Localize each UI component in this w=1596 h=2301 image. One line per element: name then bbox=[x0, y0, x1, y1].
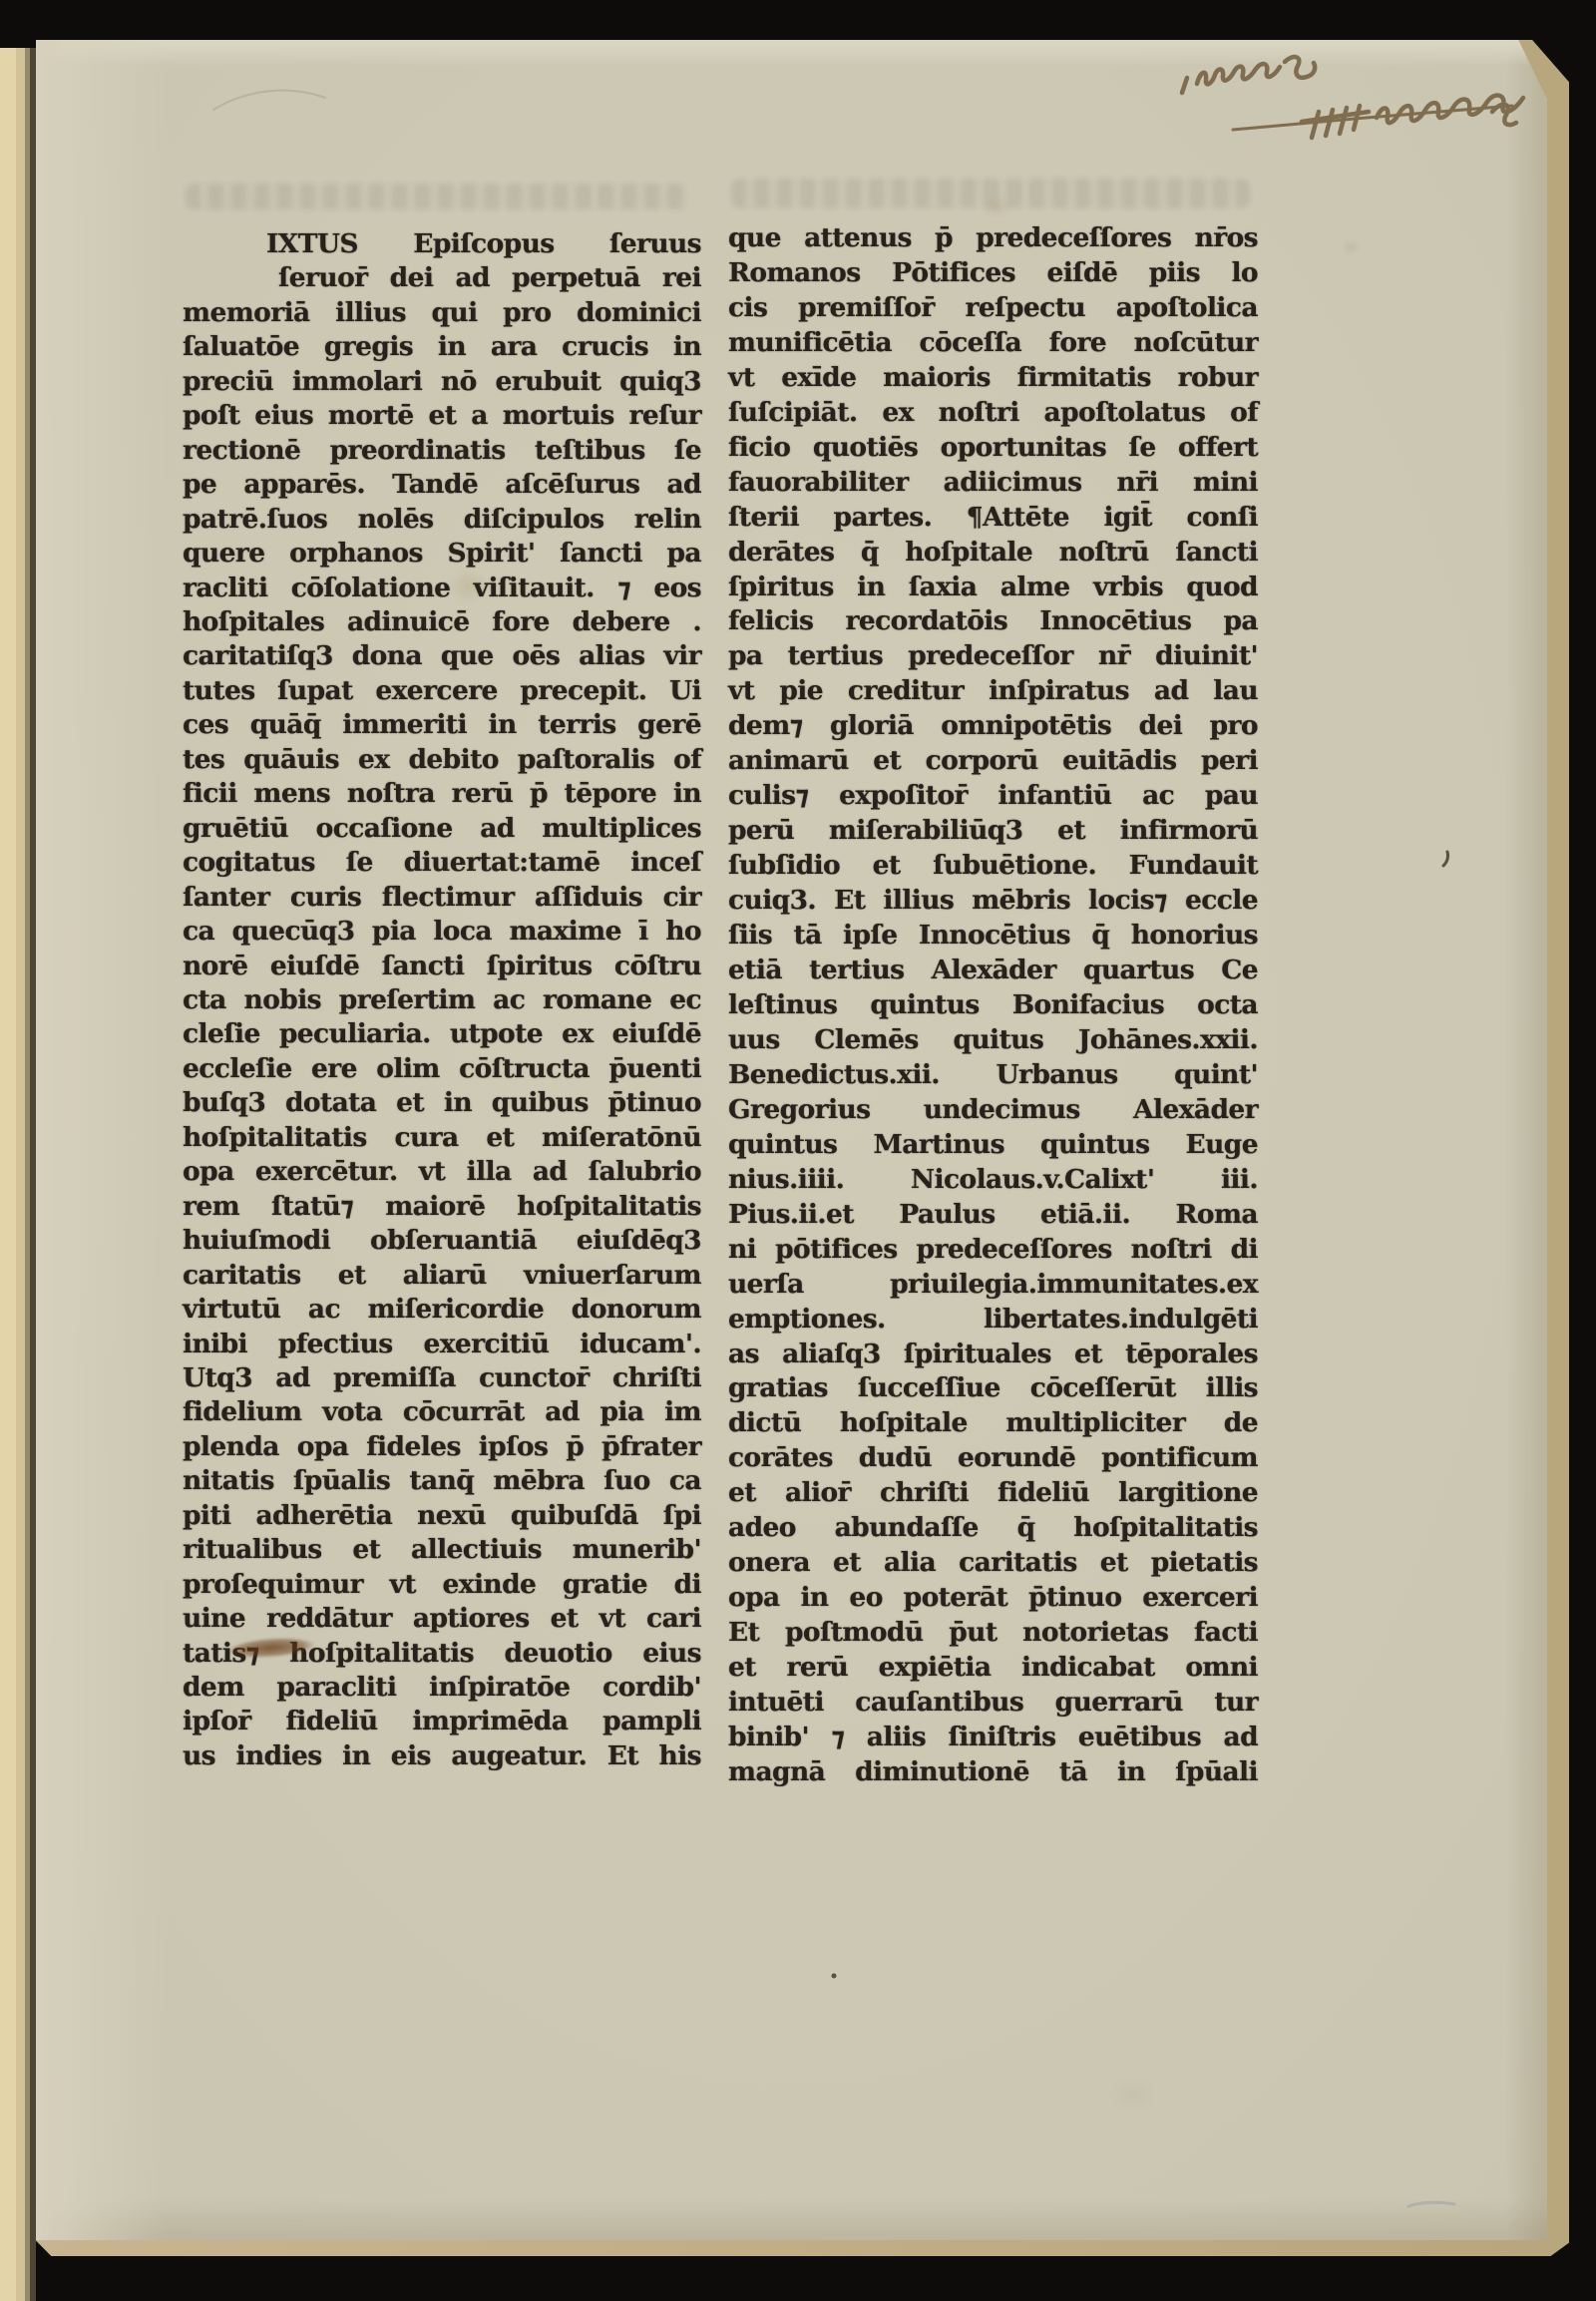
text-line: dem paracliti inſpiratōe cordib' bbox=[183, 1671, 701, 1705]
text-line: Pius.ii.et Paulus etiā.ii. Roma bbox=[728, 1198, 1258, 1233]
text-line: corātes dudū eorundē pontificum bbox=[728, 1441, 1258, 1476]
text-line: us indies in eis augeatur. Et his bbox=[183, 1739, 701, 1773]
text-line: et rerū expiētia indicabat omni bbox=[728, 1651, 1258, 1686]
scan-background: IXTUS Epiſcopus ſeruusſeruor̄ dei ad per… bbox=[0, 0, 1596, 2301]
text-line: leſtinus quintus Bonifacius octa bbox=[728, 988, 1258, 1023]
text-line: memoriā illius qui pro dominici bbox=[183, 296, 701, 330]
text-line: cis premiſſor̄ reſpectu apoſtolica bbox=[728, 291, 1258, 326]
text-line: derātes q̄ hoſpitale noſtrū ſancti bbox=[728, 536, 1258, 571]
text-line: norē eiuſdē ſancti ſpiritus cōſtru bbox=[183, 950, 701, 983]
text-line: ces quāq̄ immeriti in terris gerē bbox=[183, 708, 701, 742]
text-line: preciū immolari nō erubuit quiq3 bbox=[183, 365, 701, 399]
text-column-left: IXTUS Epiſcopus ſeruusſeruor̄ dei ad per… bbox=[183, 227, 701, 1773]
text-line: Gregorius undecimus Alexāder bbox=[728, 1093, 1258, 1128]
text-line: opa in eo poterāt p̄tinuo exerceri bbox=[728, 1581, 1258, 1616]
text-line: ſterii partes. ¶Attēte igit̄ conſi bbox=[728, 501, 1258, 536]
text-line: virtutū ac miſericordie donorum bbox=[183, 1293, 701, 1327]
text-line: hoſpitales adinuicē fore debere . bbox=[183, 605, 701, 639]
text-line: Et poſtmodū p̄ut notorietas facti bbox=[728, 1616, 1258, 1651]
text-line: Utq3 ad premiſſa cunctor̄ chriſti bbox=[183, 1361, 701, 1395]
text-line: dictū hoſpitale multipliciter de bbox=[728, 1406, 1258, 1441]
text-line: piti adherētia nexū quibuſdā ſpi bbox=[183, 1499, 701, 1533]
text-line: magnā diminutionē tā in ſpūali bbox=[728, 1755, 1258, 1790]
text-line: cta nobis preſertim ac romane ec bbox=[183, 983, 701, 1017]
text-line: gruētiū occaſione ad multiplices bbox=[183, 812, 701, 846]
text-line: uus Clemēs quitus Johānes.xxii. bbox=[728, 1023, 1258, 1058]
text-line: caritatis et aliarū vniuerſarum bbox=[183, 1259, 701, 1293]
text-line: munificētia cōceſſa fore noſcūtur bbox=[728, 326, 1258, 361]
text-line: cuiq3. Et illius mēbris locis⁊ eccle bbox=[728, 884, 1258, 919]
text-line: onera et alia caritatis et pietatis bbox=[728, 1546, 1258, 1581]
text-line: culis⁊ expoſitor̄ infantiū ac pau bbox=[728, 779, 1258, 814]
text-line: inibi pfectius exercitiū iducam'. bbox=[183, 1328, 701, 1361]
text-line: ſubſidio et ſubuētione. Fundauit bbox=[728, 849, 1258, 884]
show-through-band-right bbox=[731, 179, 1250, 208]
page-leaf: IXTUS Epiſcopus ſeruusſeruor̄ dei ad per… bbox=[36, 40, 1569, 2256]
text-line: ficio quotiēs oportunitas ſe offert bbox=[728, 431, 1258, 466]
text-line: patrē.ſuos nolēs diſcipulos relin bbox=[183, 503, 701, 537]
text-line: ſanter curis flectimur aſſiduis cir bbox=[183, 881, 701, 915]
text-line: etiā tertius Alexāder quartus Ce bbox=[728, 954, 1258, 988]
text-column-right: que attenus p̄ predeceſſores nr̄osRomano… bbox=[728, 221, 1258, 1790]
text-line: adeo abundaſſe q̄ hoſpitalitatis bbox=[728, 1511, 1258, 1546]
text-line: ficii mens noſtra rerū p̄ tēpore in bbox=[183, 777, 701, 811]
text-line: cleſie peculiaria. utpote ex eiuſdē bbox=[183, 1017, 701, 1051]
text-line: felicis recordatōis Innocētius pa bbox=[728, 604, 1258, 639]
text-line: tutes ſupat exercere precepit. Ui bbox=[183, 674, 701, 708]
text-line: cogitatus ſe diuertat:tamē inceſ bbox=[183, 846, 701, 880]
text-line: pa tertius predeceſſor nr̄ diuinit' bbox=[728, 639, 1258, 674]
text-line: nitatis ſpūalis tanq̄ mēbra ſuo ca bbox=[183, 1464, 701, 1498]
page-paper: IXTUS Epiſcopus ſeruusſeruor̄ dei ad per… bbox=[36, 40, 1547, 2240]
text-line: emptiones. libertates.indulgēti bbox=[728, 1303, 1258, 1338]
text-line: intuēti cauſantibus guerrarū tur bbox=[728, 1686, 1258, 1721]
text-line: binib' ⁊ aliis ſiniſtris euētibus ad bbox=[728, 1721, 1258, 1755]
text-line: et alior̄ chriſti fideliū largitione bbox=[728, 1476, 1258, 1511]
text-line: pe apparēs. Tandē aſcēſurus ad bbox=[183, 468, 701, 502]
text-line: ſpiritus in ſaxia alme vrbis quod bbox=[728, 571, 1258, 605]
text-line: IXTUS Epiſcopus ſeruus bbox=[183, 227, 701, 261]
text-line: ſaluatōe gregis in ara crucis in bbox=[183, 330, 701, 364]
text-line: Benedictus.xii. Urbanus quint' bbox=[728, 1058, 1258, 1093]
text-line: ſeruor̄ dei ad perpetuā rei bbox=[183, 261, 701, 295]
text-line: ritualibus et allectiuis munerib' bbox=[183, 1533, 701, 1567]
text-line: que attenus p̄ predeceſſores nr̄os bbox=[728, 221, 1258, 256]
text-line: huiuſmodi obſeruantiā eiuſdēq3 bbox=[183, 1224, 701, 1258]
underlying-page-edge bbox=[0, 48, 36, 2301]
text-line: plenda opa fideles ipſos p̄ p̄frater bbox=[183, 1430, 701, 1464]
text-line: vt pie creditur inſpiratus ad lau bbox=[728, 674, 1258, 709]
text-line: eccleſie ere olim cōſtructa p̄uenti bbox=[183, 1052, 701, 1086]
text-line: caritatiſq3 dona que oēs alias vir bbox=[183, 639, 701, 673]
text-line: quere orphanos Spirit' ſancti pa bbox=[183, 537, 701, 571]
text-line: nius.iiii. Nicolaus.v.Calixt' iii. bbox=[728, 1163, 1258, 1198]
text-line: dem⁊ gloriā omnipotētis dei pro bbox=[728, 709, 1258, 744]
text-line: gratias ſucceſſiue cōceſſerūt illis bbox=[728, 1371, 1258, 1406]
text-line: perū miſerabiliūq3 et infirmorū bbox=[728, 814, 1258, 849]
text-line: opa exercētur. vt illa ad ſalubrio bbox=[183, 1155, 701, 1189]
text-line: vt exīde maioris firmitatis robur bbox=[728, 361, 1258, 396]
text-line: ipſor̄ fideliū imprimēda pampli bbox=[183, 1705, 701, 1738]
text-line: fidelium vota cōcurrāt ad pia im bbox=[183, 1395, 701, 1429]
text-line: hoſpitalitatis cura et miſeratōnū bbox=[183, 1121, 701, 1155]
text-line: rectionē preordinatis teſtibus ſe bbox=[183, 434, 701, 468]
text-line: tes quāuis ex debito paſtoralis of bbox=[183, 743, 701, 777]
text-line: proſequimur vt exinde gratie di bbox=[183, 1568, 701, 1602]
show-through-band-left bbox=[186, 184, 689, 209]
text-line: as aliaſq3 ſpirituales et tēporales bbox=[728, 1338, 1258, 1372]
text-line: fauorabiliter adiicimus nr̄i mini bbox=[728, 466, 1258, 501]
text-line: ni pōtifices predeceſſores noſtri di bbox=[728, 1233, 1258, 1268]
text-line: racliti cōſolatione viſitauit. ⁊ eos bbox=[183, 572, 701, 605]
text-line: quintus Martinus quintus Euge bbox=[728, 1128, 1258, 1163]
text-line: animarū et corporū euitādis peri bbox=[728, 744, 1258, 779]
text-line: uine reddātur aptiores et vt cari bbox=[183, 1602, 701, 1636]
text-line: buſq3 dotata et in quibus p̄tinuo bbox=[183, 1086, 701, 1120]
text-line: uerſa priuilegia.immunitates.ex bbox=[728, 1268, 1258, 1303]
text-line: poſt eius mortē et a mortuis reſur bbox=[183, 399, 701, 433]
text-line: rem ſtatū⁊ maiorē hoſpitalitatis bbox=[183, 1190, 701, 1224]
text-line: ſuſcipiāt. ex noſtri apoſtolatus of bbox=[728, 396, 1258, 431]
text-line: ſiis tā ipſe Innocētius q̄ honorius bbox=[728, 919, 1258, 954]
text-line: ca quecūq3 pia loca maxime ī ho bbox=[183, 915, 701, 949]
text-line: Romanos Pōtifices eiſdē piis lo bbox=[728, 256, 1258, 291]
